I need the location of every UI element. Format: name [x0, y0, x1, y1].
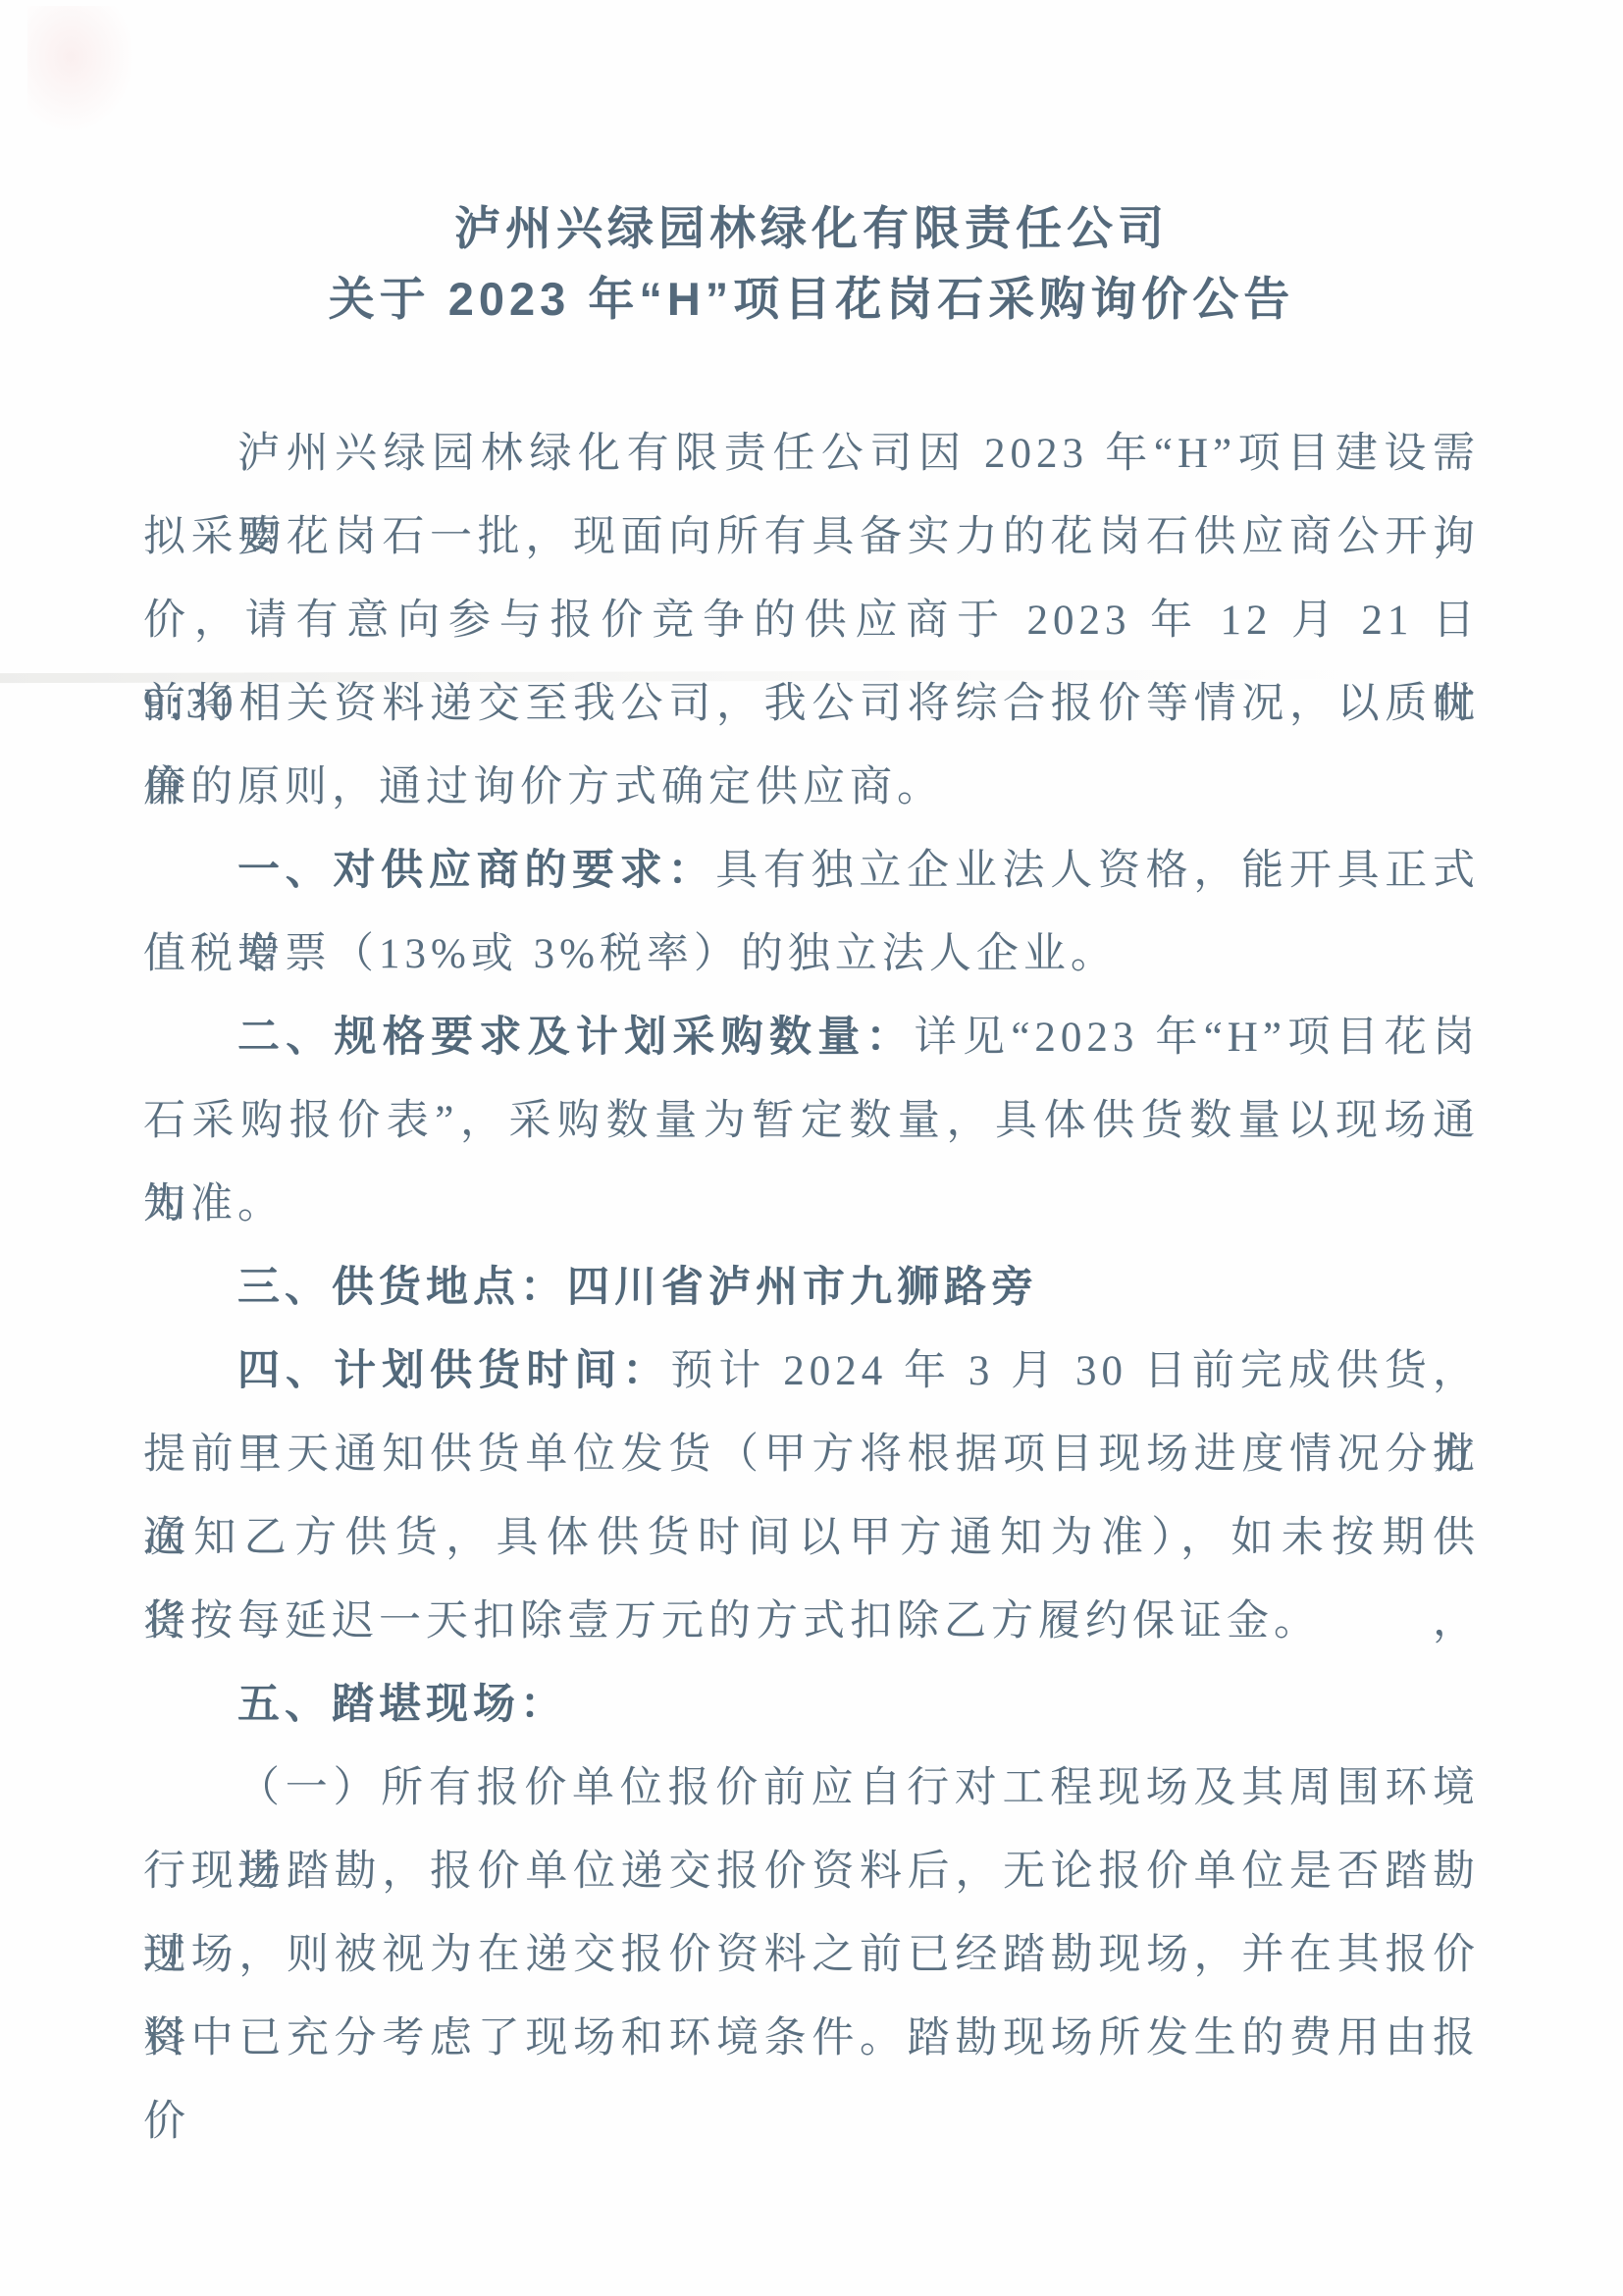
document-line: 泸州兴绿园林绿化有限责任公司因 2023 年“H”项目建设需要， — [143, 412, 1480, 496]
document-line: 廉的原则，通过询价方式确定供应商。 — [143, 746, 1480, 829]
line-text: 廉的原则，通过询价方式确定供应商。 — [143, 764, 944, 810]
document-line: 价，请有意向参与报价竞争的供应商于 2023 年 12 月 21 日 9:30 … — [143, 579, 1480, 662]
document-line: 值税专票（13%或 3%税率）的独立法人企业。 — [143, 913, 1480, 996]
line-text: 详见“2023 年“H”项目花岗 — [915, 1015, 1480, 1061]
document-line: 拟采购花岗石一批，现面向所有具备实力的花岗石供应商公开询 — [143, 496, 1480, 579]
line-text: 料中已充分考虑了现场和环境条件。踏勘现场所发生的费用由报价 — [143, 2015, 1480, 2145]
document-body: 泸州兴绿园林绿化有限责任公司因 2023 年“H”项目建设需要，拟采购花岗石一批… — [143, 412, 1480, 2080]
document-line: 现场，则被视为在递交报价资料之前已经踏勘现场，并在其报价资 — [143, 1913, 1480, 1997]
section-heading: 一、对供应商的要求： — [237, 847, 715, 894]
line-text: 值税专票（13%或 3%税率）的独立法人企业。 — [143, 931, 1118, 977]
document-line: 通知乙方供货，具体供货时间以甲方通知为准），如未按期供货， — [143, 1496, 1480, 1580]
document-line: 前将相关资料递交至我公司，我公司将综合报价等情况，以质优价 — [143, 662, 1480, 746]
section-heading: 四、计划供货时间： — [237, 1347, 670, 1394]
document-title-company: 泸州兴绿园林绿化有限责任公司 — [0, 192, 1623, 258]
section-heading: 五、踏堪现场： — [237, 1681, 567, 1728]
document-line: 将按每延迟一天扣除壹万元的方式扣除乙方履约保证金。 — [143, 1580, 1480, 1663]
scanned-document-page: 泸州兴绿园林绿化有限责任公司 关于 2023 年“H”项目花岗石采购询价公告 泸… — [0, 0, 1623, 2296]
document-line: 提前三天通知供货单位发货（甲方将根据项目现场进度情况分批次 — [143, 1413, 1480, 1496]
document-line: （一）所有报价单位报价前应自行对工程现场及其周围环境进 — [143, 1747, 1480, 1830]
line-text: 将按每延迟一天扣除壹万元的方式扣除乙方履约保证金。 — [143, 1598, 1321, 1644]
document-line: 行现场踏勘，报价单位递交报价资料后，无论报价单位是否踏勘过 — [143, 1830, 1480, 1913]
document-line: 一、对供应商的要求：具有独立企业法人资格，能开具正式增 — [143, 829, 1480, 913]
document-line: 三、供货地点：四川省泸州市九狮路旁 — [143, 1246, 1480, 1330]
document-line: 二、规格要求及计划采购数量：详见“2023 年“H”项目花岗 — [143, 996, 1480, 1079]
section-heading: 三、供货地点：四川省泸州市九狮路旁 — [237, 1264, 1038, 1311]
section-heading: 二、规格要求及计划采购数量： — [237, 1014, 915, 1061]
document-line: 为准。 — [143, 1163, 1480, 1246]
line-text: 拟采购花岗石一批，现面向所有具备实力的花岗石供应商公开询 — [143, 514, 1480, 560]
scan-corner-artifact — [27, 6, 135, 133]
document-line: 五、踏堪现场： — [143, 1663, 1480, 1747]
document-line: 四、计划供货时间：预计 2024 年 3 月 30 日前完成供货，甲方 — [143, 1330, 1480, 1413]
document-line: 石采购报价表”，采购数量为暂定数量，具体供货数量以现场通知 — [143, 1079, 1480, 1163]
line-text: 为准。 — [143, 1181, 285, 1227]
document-title-subject: 关于 2023 年“H”项目花岗石采购询价公告 — [0, 263, 1623, 329]
document-line: 料中已充分考虑了现场和环境条件。踏勘现场所发生的费用由报价 — [143, 1997, 1480, 2080]
